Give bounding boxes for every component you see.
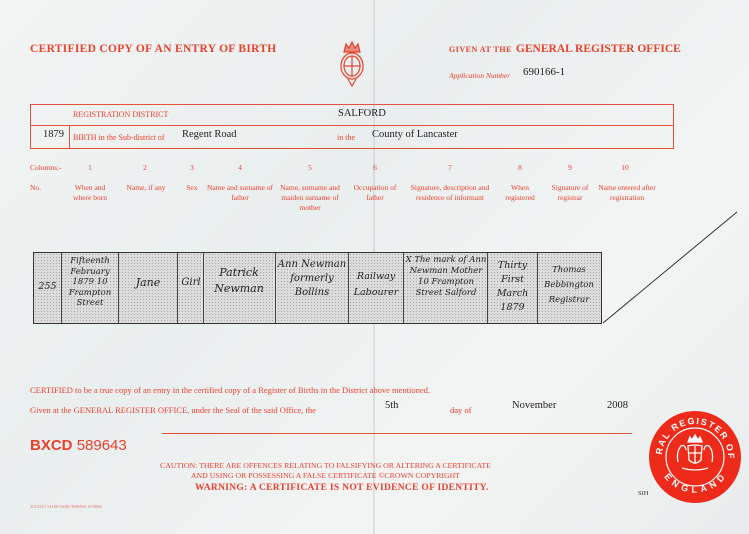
given-under-seal-statement: Given at the GENERAL REGISTER OFFICE, un… — [30, 405, 316, 415]
certification-month: November — [512, 400, 556, 411]
certification-year: 2008 — [607, 400, 628, 411]
caution-line-1: CAUTION: THERE ARE OFFENCES RELATING TO … — [160, 461, 491, 471]
certification-day: 5th — [385, 400, 398, 411]
certification-statement: CERTIFIED to be a true copy of an entry … — [30, 385, 430, 395]
caution-line-2: AND USING OR POSSESSING A FALSE CERTIFIC… — [160, 471, 491, 481]
caution-notice: CAUTION: THERE ARE OFFENCES RELATING TO … — [160, 461, 491, 481]
identity-warning: WARNING: A CERTIFICATE IS NOT EVIDENCE O… — [195, 483, 489, 493]
general-register-office-seal-icon: GENERAL REGISTER OFFICE ENGLAND — [648, 410, 742, 504]
certificate-serial: BXCD 589643 — [30, 437, 127, 454]
certification-underline — [162, 433, 632, 434]
day-of-label: day of — [450, 405, 471, 415]
serial-number: 589643 — [77, 437, 127, 454]
birth-certificate: CERTIFIED COPY OF AN ENTRY OF BIRTH GIVE… — [0, 0, 749, 534]
serial-prefix: BXCD — [30, 437, 73, 454]
registrar-initials: SIH — [638, 490, 648, 497]
print-code: 3010233 14188 04/08 3MSPSL 019684 — [30, 504, 102, 509]
